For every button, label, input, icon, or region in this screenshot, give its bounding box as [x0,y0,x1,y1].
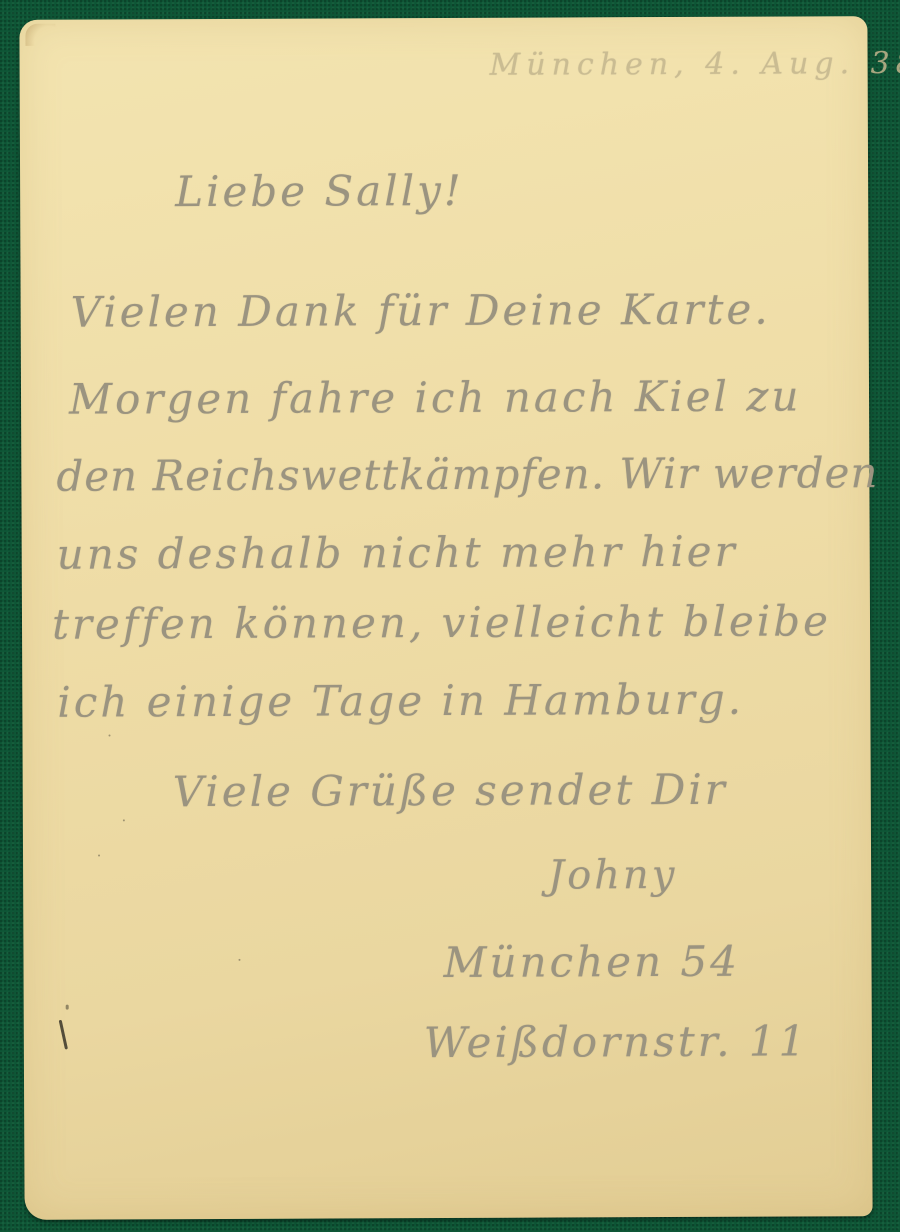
postcard: München, 4. Aug. 38 Liebe Sally! Vielen … [19,16,872,1220]
paper-speck [109,734,111,736]
signature: Johny [548,852,677,899]
ink-mark [59,1020,68,1050]
paper-speck [98,855,100,857]
paper-speck [238,959,240,961]
date-line: München, 4. Aug. 38 [490,46,900,83]
paper-speck [123,819,125,821]
body-line-2: Morgen fahre ich nach Kiel zu [69,371,802,423]
body-line-6: ich einige Tage in Hamburg. [57,675,744,727]
sender-street: Weißdornstr. 11 [424,1016,809,1067]
closing-line: Viele Grüße sendet Dir [173,765,728,816]
salutation: Liebe Sally! [175,166,464,216]
ink-mark [66,1005,69,1010]
body-line-4: uns deshalb nicht mehr hier [57,527,738,579]
sender-city: München 54 [443,937,740,987]
body-line-1: Vielen Dank für Deine Karte. [71,285,771,337]
body-line-5: treffen können, vielleicht bleibe [52,596,831,648]
body-line-3: den Reichswettkämpfen. Wir werden [56,448,878,501]
